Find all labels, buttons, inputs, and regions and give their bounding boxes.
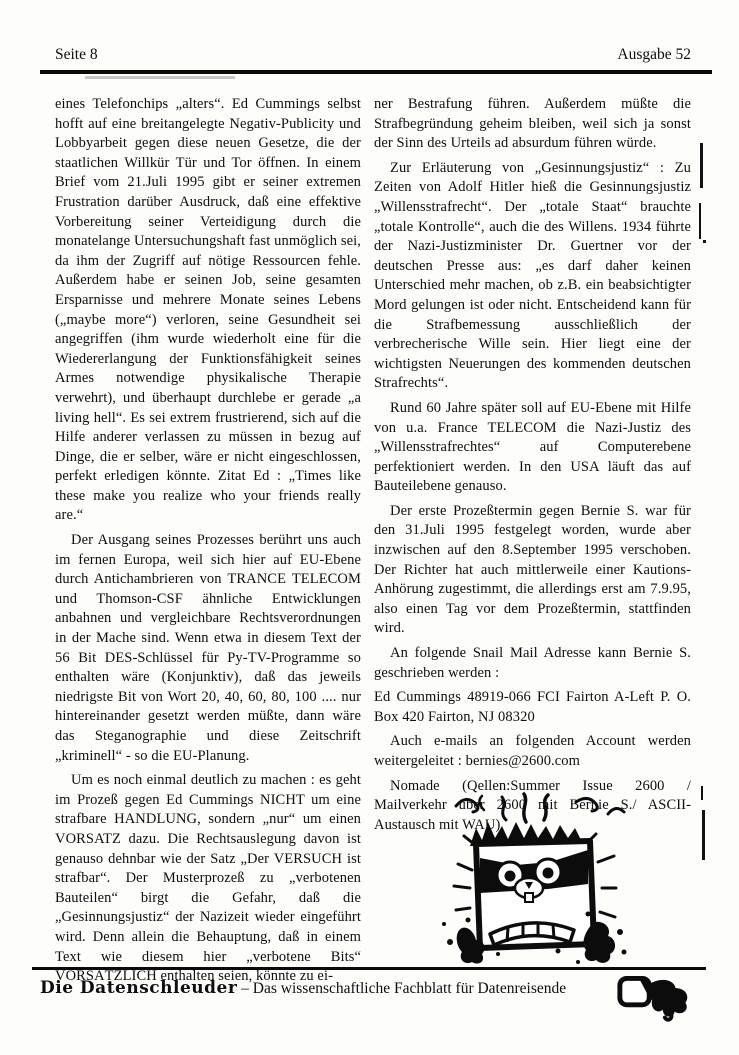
footer-tagline: – Das wissenschaftliche Fachblatt für Da…: [241, 980, 566, 997]
paragraph: eines Telefonchips „alters“. Ed Cummings…: [55, 95, 361, 526]
scan-mark: [700, 143, 703, 188]
magazine-page: Seite 8 Ausgabe 52 eines Telefonchips „a…: [0, 0, 739, 1055]
scan-mark: [699, 203, 701, 239]
scan-mark: [703, 240, 706, 243]
address-paragraph: Ed Cummings 48919-066 FCI Fairton A-Left…: [374, 688, 691, 727]
footer-rule: [32, 967, 706, 970]
paragraph: ner Bestrafung führen. Außerdem müßte di…: [374, 95, 691, 154]
paragraph: Der Ausgang seines Prozesses berührt uns…: [55, 531, 361, 766]
header-page-number: Seite 8: [55, 46, 98, 64]
datenschleuder-pump-nozzle-icon: [614, 970, 702, 1022]
header-rule: [40, 70, 712, 74]
paragraph: Um es noch einmal deutlich zu machen : e…: [55, 771, 361, 987]
header-issue-label: Ausgabe 52: [617, 46, 691, 64]
header-scan-smudge: [85, 76, 235, 79]
footer-brand: Die Datenschleuder: [40, 978, 237, 998]
article-column-right: ner Bestrafung führen. Außerdem müßte di…: [374, 95, 691, 840]
paragraph: Auch e-mails an folgenden Account werden…: [374, 732, 691, 771]
scan-mark: [702, 810, 705, 860]
paragraph: Zur Erläuterung von „Gesinnungsjustiz“ :…: [374, 159, 691, 394]
paragraph: An folgende Snail Mail Adresse kann Bern…: [374, 644, 691, 683]
article-column-left: eines Telefonchips „alters“. Ed Cummings…: [55, 95, 361, 992]
paragraph: Rund 60 Jahre später soll auf EU-Ebene m…: [374, 399, 691, 497]
paragraph: Der erste Prozeßtermin gegen Bernie S. w…: [374, 502, 691, 639]
angry-tv-face-illustration: [398, 792, 660, 968]
footer-imprint: Die Datenschleuder – Das wissenschaftlic…: [40, 978, 566, 998]
scan-mark: [701, 786, 703, 800]
